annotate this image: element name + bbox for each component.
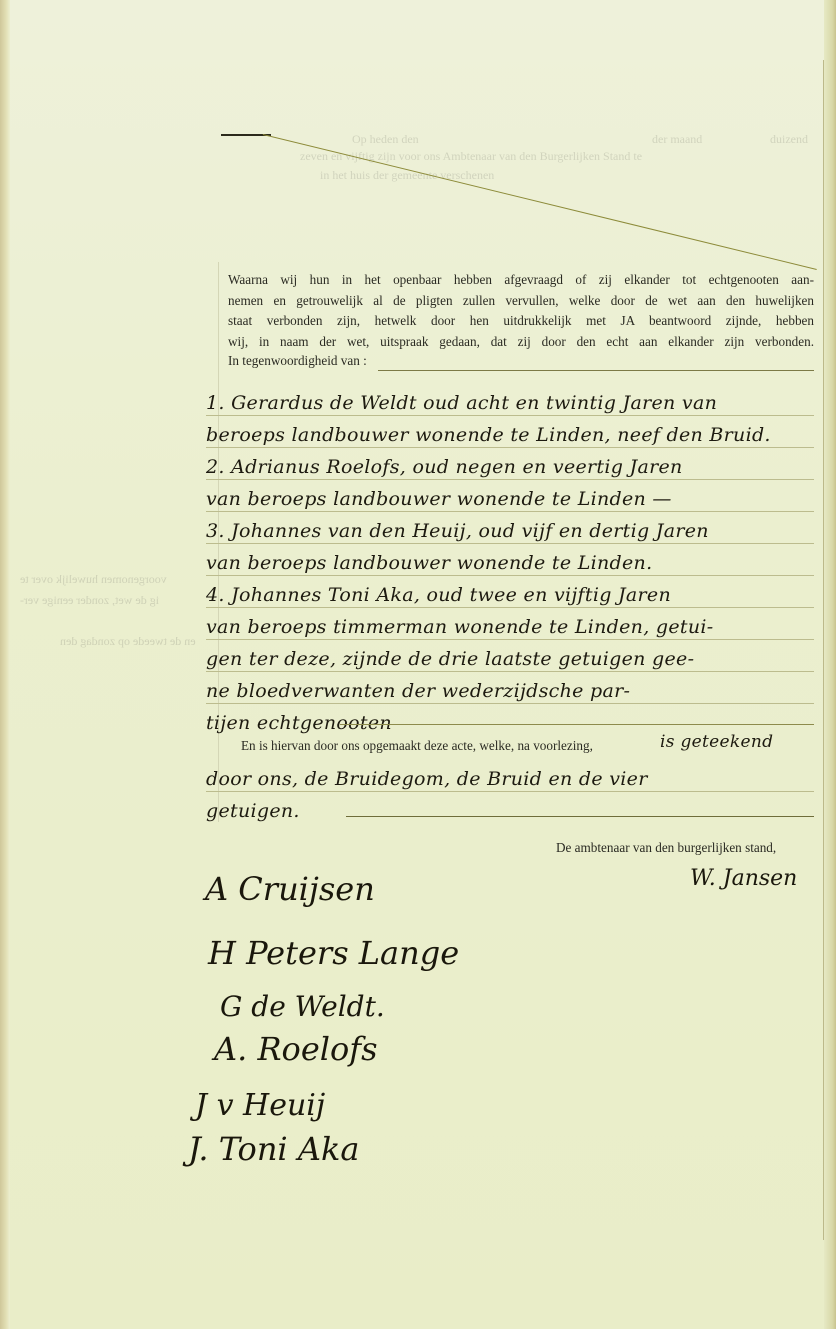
handwritten-line: gen ter deze, zijnde de drie laatste get… — [206, 648, 694, 670]
ruled-line — [206, 639, 814, 640]
handwritten-line: tijen echtgenooten — [206, 712, 392, 734]
handwritten-line: 2. Adrianus Roelofs, oud negen en veerti… — [206, 456, 683, 478]
handwritten-line: beroeps landbouwer wonende te Linden, ne… — [206, 424, 771, 446]
ruled-line — [206, 703, 814, 704]
closing-printed: En is hiervan door ons opgemaakt deze ac… — [241, 738, 593, 754]
ruled-line — [206, 575, 814, 576]
ghost-text: Op heden den — [352, 132, 419, 147]
signature: G de Weldt. — [220, 990, 385, 1023]
handwritten-line: getuigen. — [206, 800, 300, 822]
ruled-line — [206, 543, 814, 544]
fill-line — [378, 370, 814, 371]
official-title: De ambtenaar van den burgerlijken stand, — [556, 840, 776, 856]
handwritten-line: 4. Johannes Toni Aka, oud twee en vijfti… — [206, 584, 671, 606]
page-binding-edge — [0, 0, 10, 1329]
page-right-edge — [824, 0, 836, 1329]
handwritten-line: door ons, de Bruidegom, de Bruid en de v… — [206, 768, 648, 790]
handwritten-line: ne bloedverwanten der wederzijdsche par- — [206, 680, 630, 702]
ruled-line — [206, 447, 814, 448]
ghost-text: der maand — [652, 132, 702, 147]
printed-paragraph: Waarna wij hun in het openbaar hebben af… — [228, 270, 814, 352]
handwritten-line: van beroeps landbouwer wonende te Linden… — [206, 552, 652, 574]
ruled-line — [206, 671, 814, 672]
signature-official: W. Jansen — [690, 866, 797, 891]
handwritten-line: 1. Gerardus de Weldt oud acht en twintig… — [206, 392, 717, 414]
ghost-text: duizend — [770, 132, 808, 147]
ruled-line — [206, 791, 814, 792]
ghost-text-mirrored: voorgenomen huwelijk over te — [20, 572, 167, 587]
handwritten-line: 3. Johannes van den Heuij, oud vijf en d… — [206, 520, 709, 542]
ruled-line — [206, 479, 814, 480]
printed-line: nemen en getrouwelijk al de pligten zull… — [228, 291, 814, 312]
signature: A. Roelofs — [214, 1030, 378, 1068]
signature: J. Toni Aka — [188, 1130, 359, 1168]
handwritten-line: is geteekend — [660, 732, 773, 752]
ruled-line — [206, 415, 814, 416]
signature: A Cruijsen — [205, 870, 375, 908]
handwritten-line: van beroeps timmerman wonende te Linden,… — [206, 616, 713, 638]
ruled-line — [206, 607, 814, 608]
printed-line: staat verbonden zijn, hetwelk door hen u… — [228, 311, 814, 332]
fill-line — [340, 724, 814, 725]
signature: H Peters Lange — [208, 934, 459, 972]
document-page: Op heden den der maand duizend zeven en … — [0, 0, 836, 1329]
margin-rule — [823, 60, 824, 1240]
fill-line — [346, 816, 814, 817]
handwritten-line: van beroeps landbouwer wonende te Linden… — [206, 488, 672, 510]
ghost-text-mirrored: en de tweede op zondag den — [60, 634, 196, 649]
ghost-text-mirrored: ig de wet, zonder eenige ver- — [20, 593, 159, 608]
ruled-line — [206, 511, 814, 512]
text-block-border — [218, 262, 219, 822]
witness-intro: In tegenwoordigheid van : — [228, 353, 367, 369]
printed-line: Waarna wij hun in het openbaar hebben af… — [228, 270, 814, 291]
signature: J v Heuij — [195, 1088, 325, 1123]
printed-line: wij, in naam der wet, uitspraak gedaan, … — [228, 332, 814, 353]
